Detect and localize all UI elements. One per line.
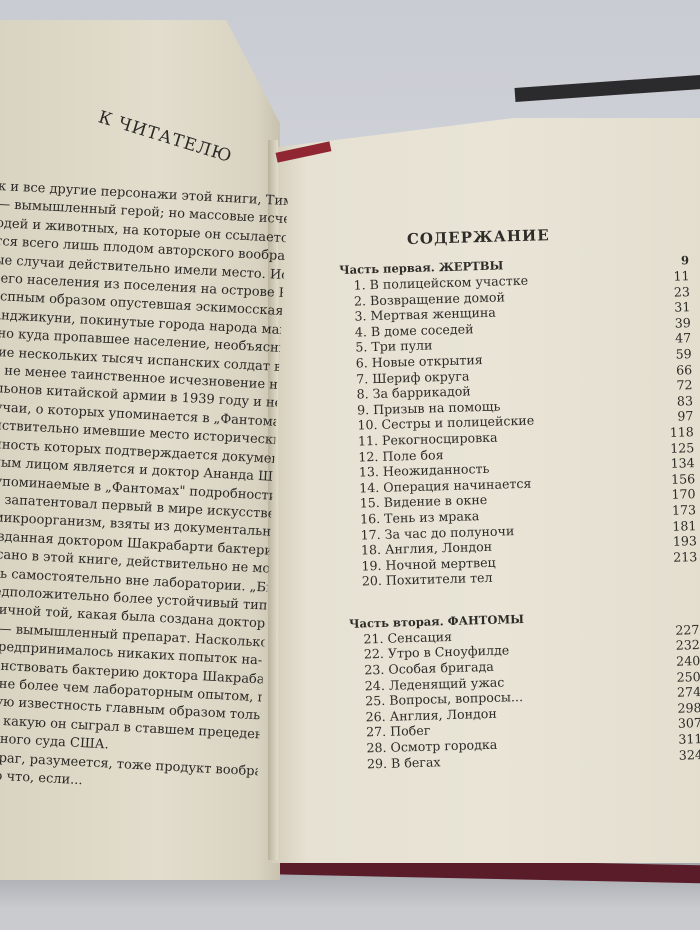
chapter-page: 227 — [671, 622, 699, 638]
toc-part-2-chapters: 21. Сенсация22722. Утро в Сноуфилде23223… — [349, 622, 700, 772]
chapter-page: 173 — [668, 502, 696, 518]
chapter-page: 66 — [664, 362, 692, 378]
chapter-page: 72 — [664, 377, 692, 393]
chapter-title: 29. В бегах — [367, 754, 441, 772]
toc-title: СОДЕРЖАНИЕ — [338, 222, 688, 250]
chapter-page: 31 — [662, 299, 690, 315]
chapter-page: 193 — [669, 533, 697, 549]
chapter-title: 20. Похитители тел — [362, 570, 493, 589]
chapter-page: 298 — [673, 700, 700, 716]
chapter-page: 134 — [666, 455, 694, 471]
back-cover-edge — [515, 74, 700, 102]
chapter-page: 83 — [665, 393, 693, 409]
foreword-text: К ЧИТАТЕЛЮ к и все другие персонажи этой… — [0, 150, 290, 800]
chapter-page: 324 — [675, 747, 700, 763]
chapter-page: 11 — [661, 268, 689, 284]
chapter-page: 240 — [672, 653, 700, 669]
book-photo: К ЧИТАТЕЛЮ к и все другие персонажи этой… — [0, 0, 700, 930]
chapter-page: 125 — [666, 440, 694, 456]
chapter-page — [670, 564, 698, 580]
chapter-title: 27. Побег — [366, 723, 431, 740]
chapter-page: 39 — [663, 315, 691, 331]
chapter-page: 47 — [663, 331, 691, 347]
foreword-lines: к и все другие персонажи этой книги, Тим… — [0, 178, 288, 800]
chapter-page: 59 — [663, 346, 691, 362]
chapter-page: 181 — [668, 518, 696, 534]
chapter-page: 311 — [674, 731, 700, 747]
chapter-page: 213 — [669, 549, 697, 565]
chapter-page: 97 — [665, 408, 693, 424]
chapter-page: 170 — [667, 486, 695, 502]
chapter-page: 250 — [672, 669, 700, 685]
chapter-page: 274 — [673, 684, 700, 700]
toc-part-1-chapters: 1. В полицейском участке112. Возвращение… — [339, 268, 698, 590]
chapter-page: 232 — [672, 638, 700, 654]
table-of-contents: СОДЕРЖАНИЕ Часть первая. ЖЕРТВЫ 9 1. В п… — [338, 218, 700, 772]
chapter-page: 118 — [666, 424, 694, 440]
chapter-page: 23 — [662, 284, 690, 300]
chapter-title: 4. В доме соседей — [355, 321, 474, 340]
part-page: 9 — [681, 252, 689, 268]
chapter-page: 156 — [667, 471, 695, 487]
chapter-page: 307 — [674, 715, 700, 731]
